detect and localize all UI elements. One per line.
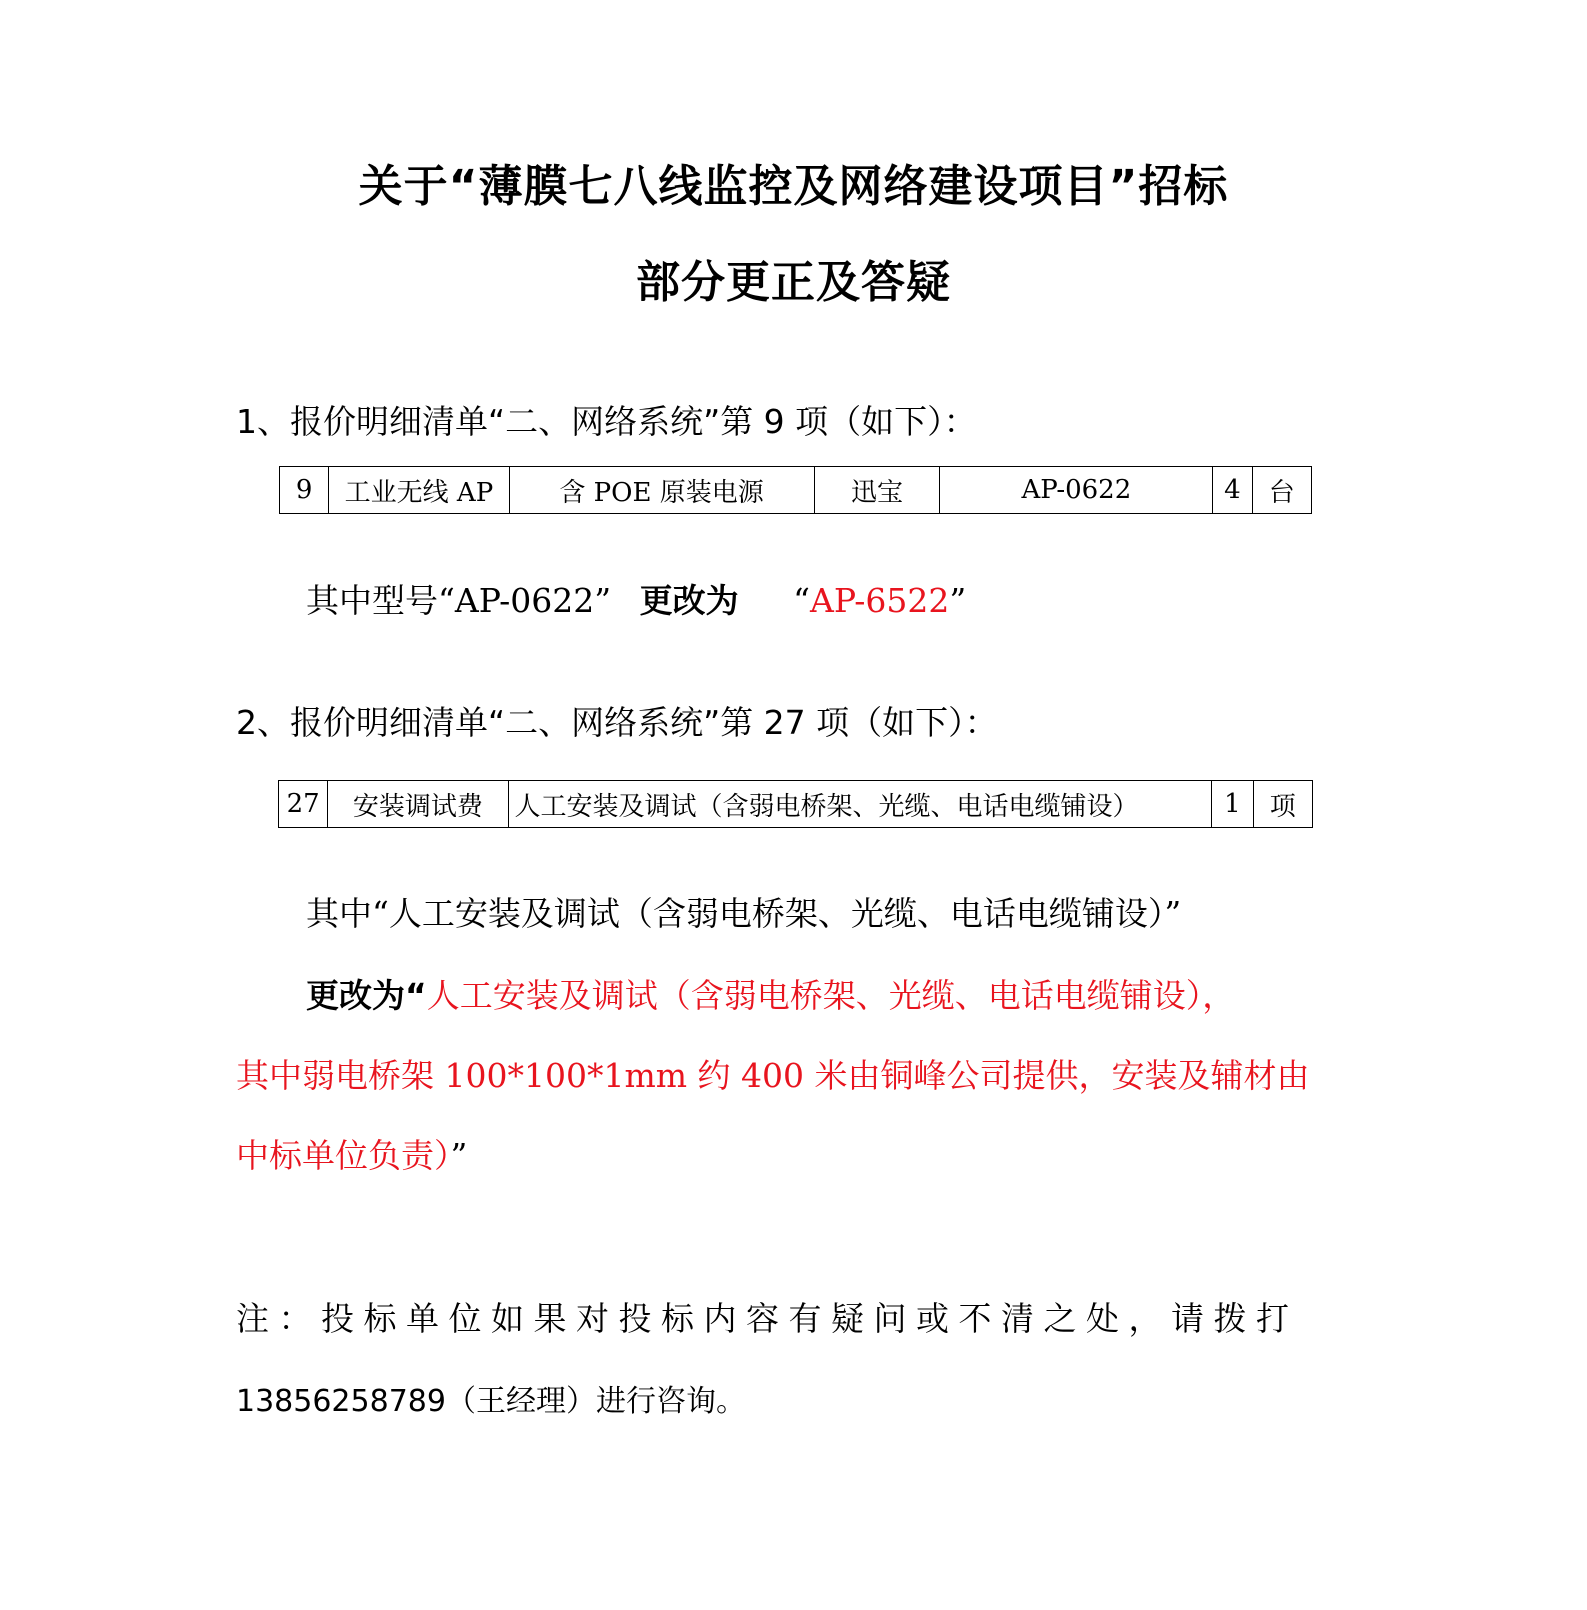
cell-model: AP-0622 [940,467,1213,514]
cell-quantity: 4 [1213,467,1252,514]
section1-item-table: 9 工业无线 AP 含 POE 原装电源 迅宝 AP-0622 4 台 [279,466,1312,514]
section2-original-text: 其中“人工安装及调试（含弱电桥架、光缆、电话电缆铺设）” [306,888,1181,935]
section1-heading: 1、报价明细清单“二、网络系统”第 9 项（如下）： [236,396,977,443]
cell-brand: 迅宝 [814,467,940,514]
new-text-line1: 人工安装及调试（含弱电桥架、光缆、电话电缆铺设）， [427,976,1236,1015]
close-quote: ” [949,581,966,620]
contact-phone: 13856258789 [236,1384,446,1419]
section2-change-line2: 其中弱电桥架 100*100*1mm 约 400 米由铜峰公司提供，安装及辅材由 [236,1050,1310,1097]
close-quote: ” [451,1136,468,1175]
new-model-value: AP-6522 [810,581,949,620]
change-verb: 更改为“ [306,976,427,1015]
cell-spec: 人工安装及调试（含弱电桥架、光缆、电话电缆铺设） [508,781,1212,828]
cell-name: 安装调试费 [328,781,508,828]
open-quote: “ [793,581,810,620]
section2-item-table: 27 安装调试费 人工安装及调试（含弱电桥架、光缆、电话电缆铺设） 1 项 [278,780,1313,828]
section2-change-line3: 中标单位负责）” [236,1130,467,1177]
section2-heading: 2、报价明细清单“二、网络系统”第 27 项（如下）： [236,697,998,744]
document-title-line1: 关于“薄膜七八线监控及网络建设项目”招标 [0,150,1587,214]
section1-change-line: 其中型号“AP-0622” 更改为 “AP-6522” [306,575,966,622]
contact-person: （王经理）进行咨询。 [446,1384,746,1419]
table-row: 9 工业无线 AP 含 POE 原装电源 迅宝 AP-0622 4 台 [280,467,1312,514]
cell-quantity: 1 [1212,781,1253,828]
note-line1: 注：投标单位如果对投标内容有疑问或不清之处，请拨打 [236,1293,1299,1340]
original-model-text: 其中型号“AP-0622” [306,581,611,620]
cell-spec: 含 POE 原装电源 [509,467,814,514]
new-text-line3: 中标单位负责） [236,1136,451,1175]
cell-unit: 台 [1252,467,1311,514]
cell-index: 9 [280,467,329,514]
cell-name: 工业无线 AP [329,467,509,514]
cell-index: 27 [279,781,328,828]
cell-unit: 项 [1253,781,1312,828]
document-title-line2: 部分更正及答疑 [0,246,1587,310]
table-row: 27 安装调试费 人工安装及调试（含弱电桥架、光缆、电话电缆铺设） 1 项 [279,781,1313,828]
change-verb: 更改为 [640,581,739,620]
note-line2: 13856258789（王经理）进行咨询。 [236,1376,746,1420]
section2-change-line1: 更改为“人工安装及调试（含弱电桥架、光缆、电话电缆铺设）， [306,970,1235,1017]
